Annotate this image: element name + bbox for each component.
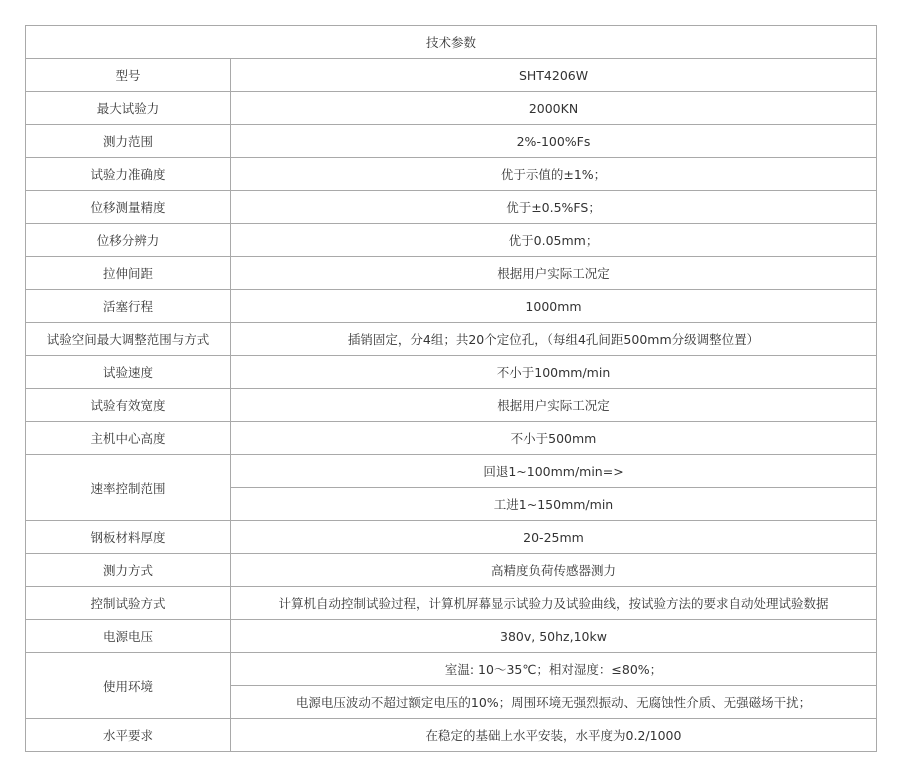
table-row: 活塞行程 1000mm — [26, 290, 877, 323]
table-row: 型号 SHT4206W — [26, 59, 877, 92]
row-value: 根据用户实际工况定 — [231, 389, 877, 422]
table-title: 技术参数 — [26, 26, 877, 59]
row-label: 测力方式 — [26, 554, 231, 587]
row-value: 工进1~150mm/min — [231, 488, 877, 521]
row-label: 位移测量精度 — [26, 191, 231, 224]
row-label: 位移分辨力 — [26, 224, 231, 257]
row-value: 电源电压波动不超过额定电压的10%；周围环境无强烈振动、无腐蚀性介质、无强磁场干… — [231, 686, 877, 719]
row-value: 优于示值的±1%； — [231, 158, 877, 191]
row-value: 根据用户实际工况定 — [231, 257, 877, 290]
table-row: 最大试验力 2000KN — [26, 92, 877, 125]
table-row: 速率控制范围 回退1~100mm/min=> — [26, 455, 877, 488]
row-value: 20-25mm — [231, 521, 877, 554]
table-row: 使用环境 室温: 10～35℃；相对湿度：≤80%； — [26, 653, 877, 686]
row-value: 380v, 50hz,10kw — [231, 620, 877, 653]
row-label: 型号 — [26, 59, 231, 92]
table-row: 位移测量精度 优于±0.5%FS； — [26, 191, 877, 224]
row-label: 使用环境 — [26, 653, 231, 719]
row-value: 计算机自动控制试验过程，计算机屏幕显示试验力及试验曲线，按试验方法的要求自动处理… — [231, 587, 877, 620]
row-value: 1000mm — [231, 290, 877, 323]
table-row: 试验空间最大调整范围与方式 插销固定，分4组；共20个定位孔，（每组4孔间距50… — [26, 323, 877, 356]
table-row: 主机中心高度 不小于500mm — [26, 422, 877, 455]
row-label: 试验有效宽度 — [26, 389, 231, 422]
row-value: 2%-100%Fs — [231, 125, 877, 158]
row-label: 控制试验方式 — [26, 587, 231, 620]
row-value: SHT4206W — [231, 59, 877, 92]
table-row: 拉伸间距 根据用户实际工况定 — [26, 257, 877, 290]
row-value: 优于0.05mm； — [231, 224, 877, 257]
table-title-row: 技术参数 — [26, 26, 877, 59]
row-value: 回退1~100mm/min=> — [231, 455, 877, 488]
row-label: 试验空间最大调整范围与方式 — [26, 323, 231, 356]
row-label: 水平要求 — [26, 719, 231, 752]
table-row: 水平要求 在稳定的基础上水平安装，水平度为0.2/1000 — [26, 719, 877, 752]
row-label: 速率控制范围 — [26, 455, 231, 521]
row-label: 活塞行程 — [26, 290, 231, 323]
row-label: 钢板材料厚度 — [26, 521, 231, 554]
row-label: 试验速度 — [26, 356, 231, 389]
row-label: 拉伸间距 — [26, 257, 231, 290]
table-row: 钢板材料厚度 20-25mm — [26, 521, 877, 554]
row-label: 最大试验力 — [26, 92, 231, 125]
row-label: 试验力准确度 — [26, 158, 231, 191]
row-value: 不小于500mm — [231, 422, 877, 455]
spec-table: 技术参数 型号 SHT4206W 最大试验力 2000KN 测力范围 2%-10… — [25, 25, 877, 752]
row-value: 室温: 10～35℃；相对湿度：≤80%； — [231, 653, 877, 686]
row-value: 在稳定的基础上水平安装，水平度为0.2/1000 — [231, 719, 877, 752]
table-row: 位移分辨力 优于0.05mm； — [26, 224, 877, 257]
row-label: 测力范围 — [26, 125, 231, 158]
row-value: 高精度负荷传感器测力 — [231, 554, 877, 587]
table-row: 测力范围 2%-100%Fs — [26, 125, 877, 158]
row-label: 主机中心高度 — [26, 422, 231, 455]
row-value: 优于±0.5%FS； — [231, 191, 877, 224]
row-value: 不小于100mm/min — [231, 356, 877, 389]
row-value: 插销固定，分4组；共20个定位孔，（每组4孔间距500mm分级调整位置） — [231, 323, 877, 356]
table-row: 试验速度 不小于100mm/min — [26, 356, 877, 389]
table-row: 试验有效宽度 根据用户实际工况定 — [26, 389, 877, 422]
row-label: 电源电压 — [26, 620, 231, 653]
table-row: 电源电压 380v, 50hz,10kw — [26, 620, 877, 653]
row-value: 2000KN — [231, 92, 877, 125]
table-row: 控制试验方式 计算机自动控制试验过程，计算机屏幕显示试验力及试验曲线，按试验方法… — [26, 587, 877, 620]
table-row: 试验力准确度 优于示值的±1%； — [26, 158, 877, 191]
table-row: 测力方式 高精度负荷传感器测力 — [26, 554, 877, 587]
